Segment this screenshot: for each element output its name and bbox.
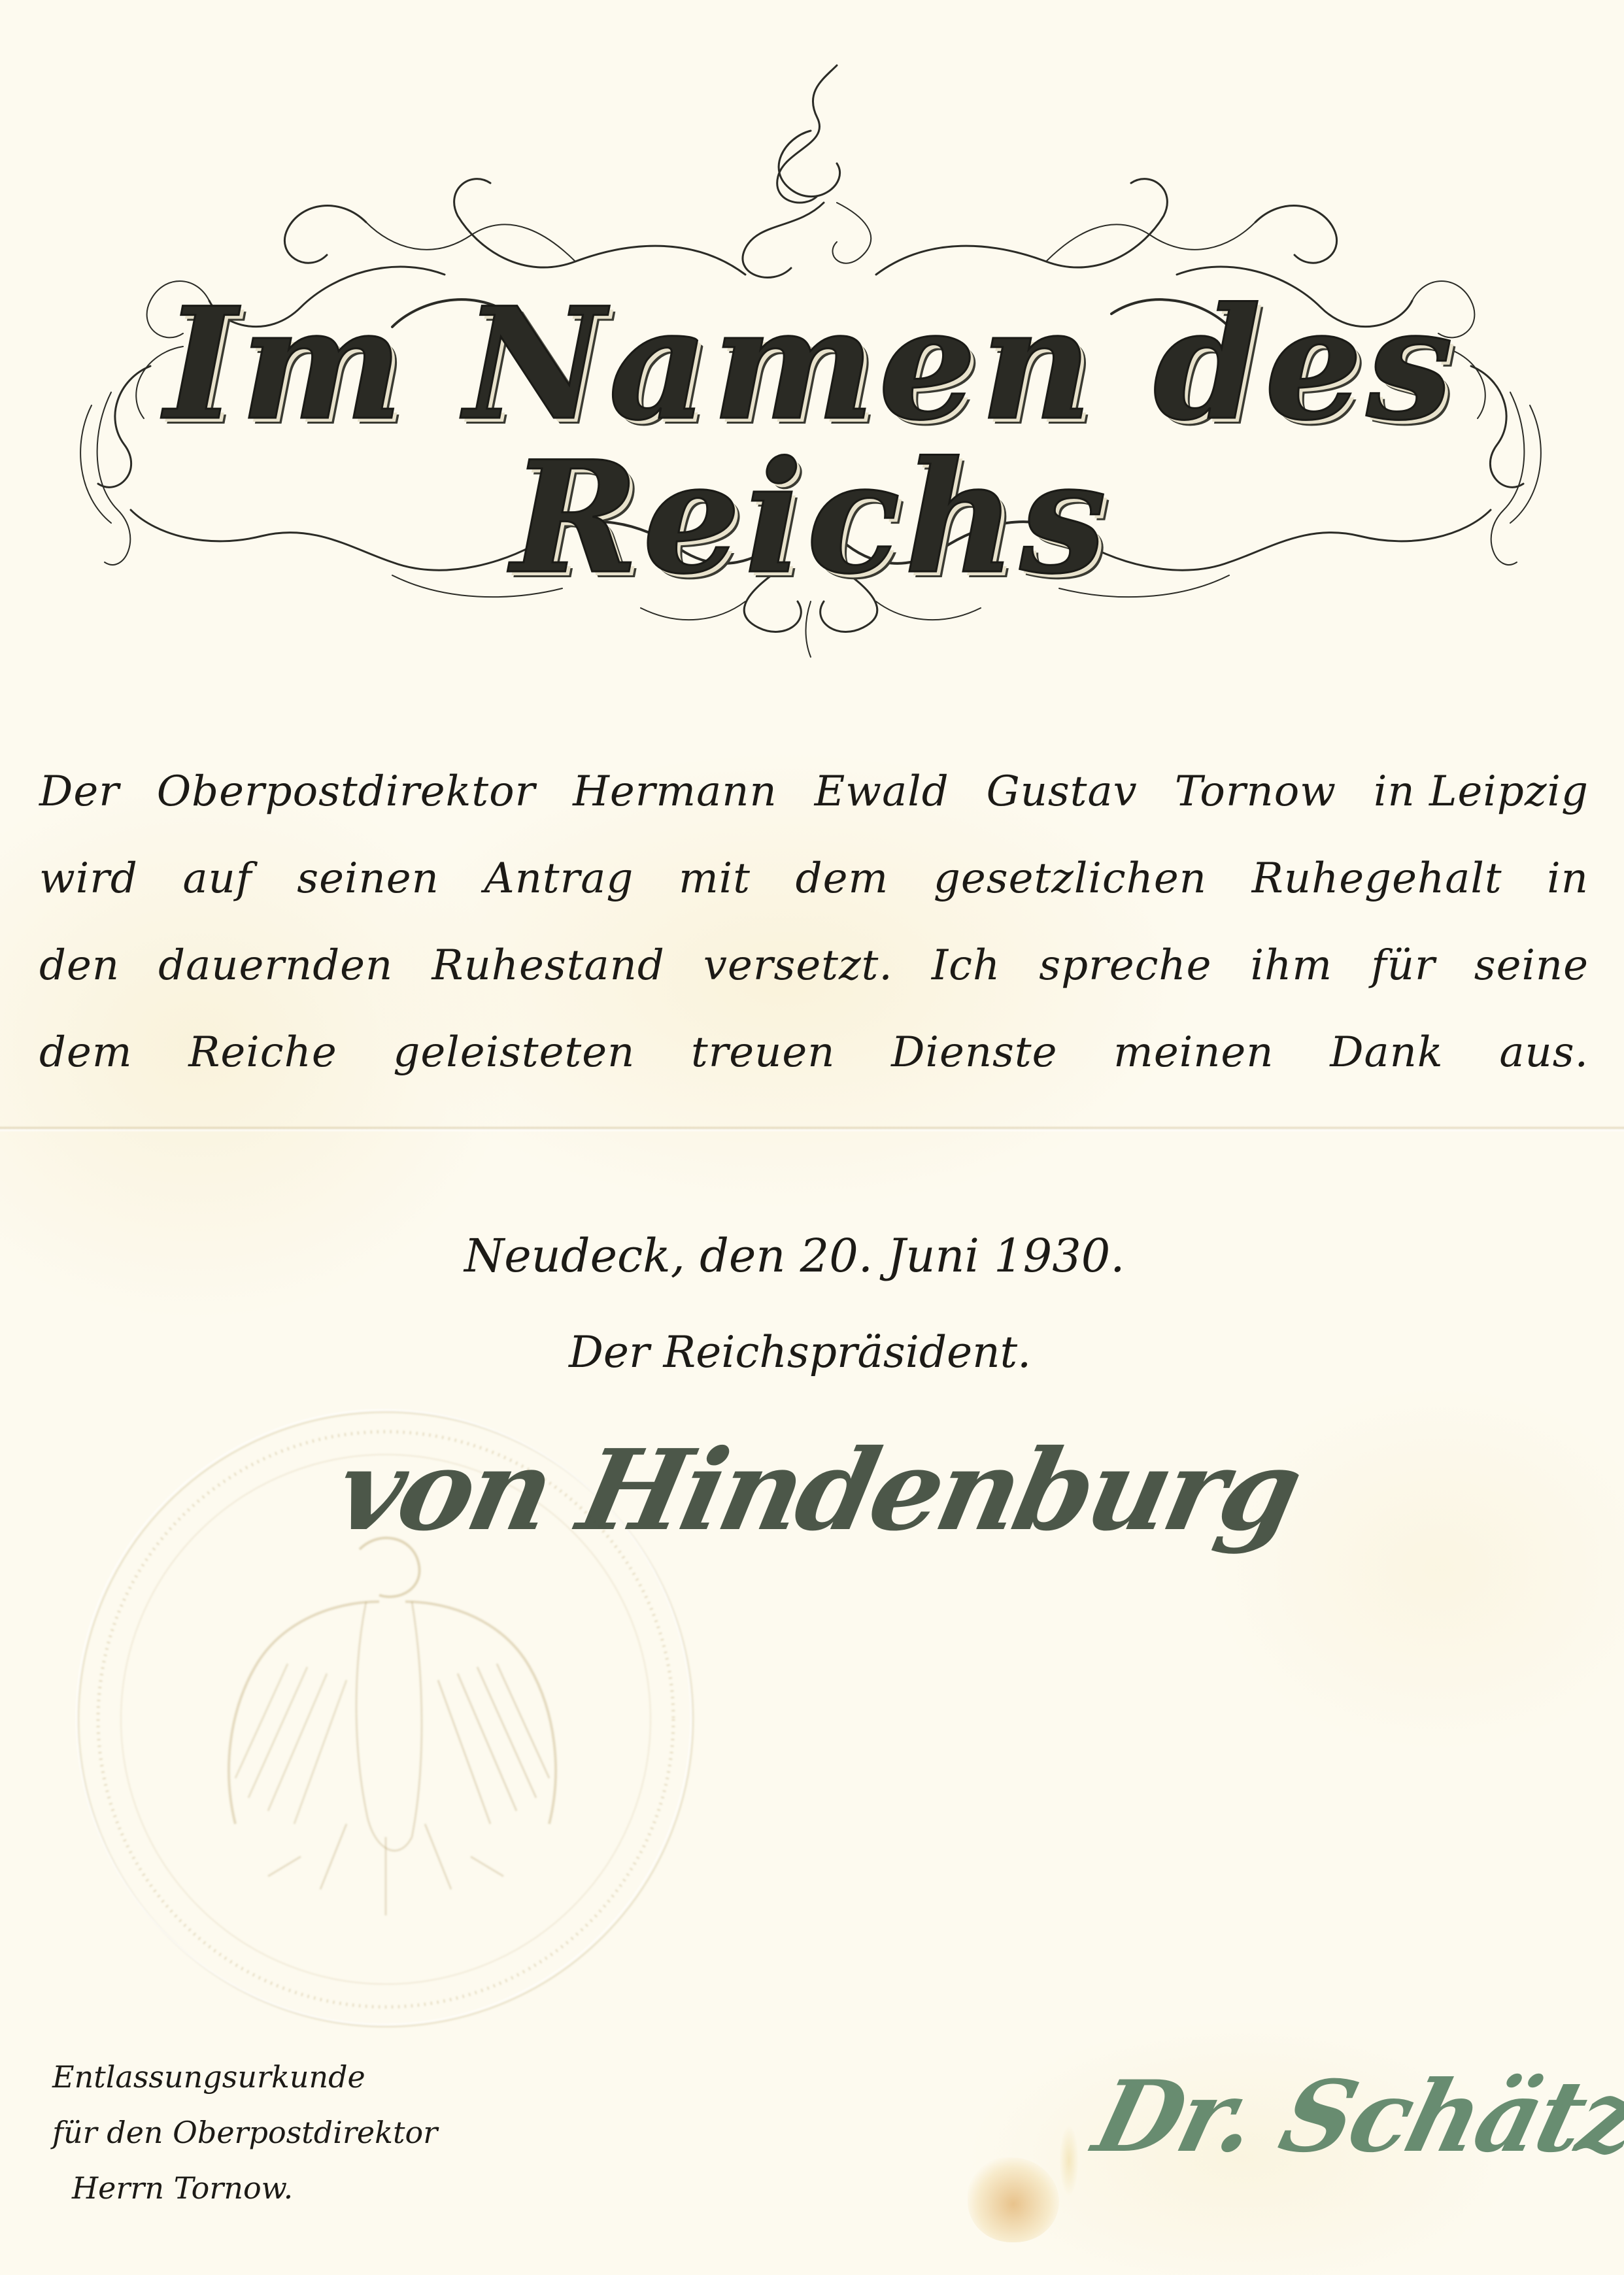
countersignature: Dr. Schätzel (1084, 2059, 1624, 2174)
word: Antrag (484, 835, 634, 922)
body-line-3: den dauernden Ruhestand versetzt. Ich sp… (39, 922, 1589, 1009)
word: dauernden (158, 922, 393, 1009)
word: gesetzlichen (934, 835, 1207, 922)
word: seinen (297, 835, 439, 922)
word: seine (1474, 922, 1589, 1009)
word: Ruhestand (431, 922, 664, 1009)
body-line-2: wird auf seinen Antrag mit dem gesetzlic… (39, 835, 1589, 922)
word: Reiche (188, 1009, 337, 1096)
word: ihm (1251, 922, 1332, 1009)
word: versetzt. (703, 922, 893, 1009)
word: den (39, 922, 120, 1009)
signatory-title: Der Reichspräsident. (569, 1327, 1031, 1377)
word: Dienste (891, 1009, 1057, 1096)
word: wird (39, 835, 138, 922)
word: spreche (1039, 922, 1211, 1009)
word: Tornow (1175, 749, 1336, 835)
word: Oberpostdirektor (157, 749, 536, 835)
foxing-stain (968, 2157, 1059, 2242)
body-text: Der Oberpostdirektor Hermann Ewald Gusta… (39, 749, 1589, 1096)
word: dem (796, 835, 889, 922)
note-line-3: Herrn Tornow. (52, 2161, 437, 2216)
foxing-stain-streak (1059, 2125, 1079, 2197)
word: Hermann (573, 749, 777, 835)
word: dem (39, 1009, 133, 1096)
word: aus. (1499, 1009, 1589, 1096)
place-and-date: Neudeck, den 20. Juni 1930. (464, 1229, 1125, 1283)
fold-crease (0, 1126, 1624, 1132)
note-line-2: für den Oberpostdirektor (52, 2105, 437, 2161)
note-line-1: Entlassungsurkunde (52, 2049, 437, 2105)
word: geleisteten (393, 1009, 635, 1096)
word: mit (679, 835, 751, 922)
certificate-note: Entlassungsurkunde für den Oberpostdirek… (52, 2049, 437, 2216)
body-line-4: dem Reiche geleisteten treuen Dienste me… (39, 1009, 1589, 1096)
body-line-1: Der Oberpostdirektor Hermann Ewald Gusta… (39, 749, 1589, 835)
word: Ruhegehalt (1252, 835, 1502, 922)
word: Ewald (815, 749, 949, 835)
word: meinen (1113, 1009, 1274, 1096)
word: auf (183, 835, 252, 922)
ornamental-header: Im Namen des Reichs (52, 39, 1569, 660)
certificate-page: Im Namen des Reichs Der Oberpostdirektor… (0, 0, 1624, 2275)
word: Ich (932, 922, 1000, 1009)
word: Dank (1330, 1009, 1443, 1096)
word: in Leipzig (1374, 749, 1589, 835)
word: für (1371, 922, 1436, 1009)
word: Gustav (987, 749, 1138, 835)
hindenburg-signature: von Hindenburg (326, 1425, 1310, 1556)
word: Der (39, 749, 120, 835)
word: in (1547, 835, 1589, 922)
word: treuen (691, 1009, 836, 1096)
page-title: Im Namen des Reichs (52, 288, 1569, 595)
